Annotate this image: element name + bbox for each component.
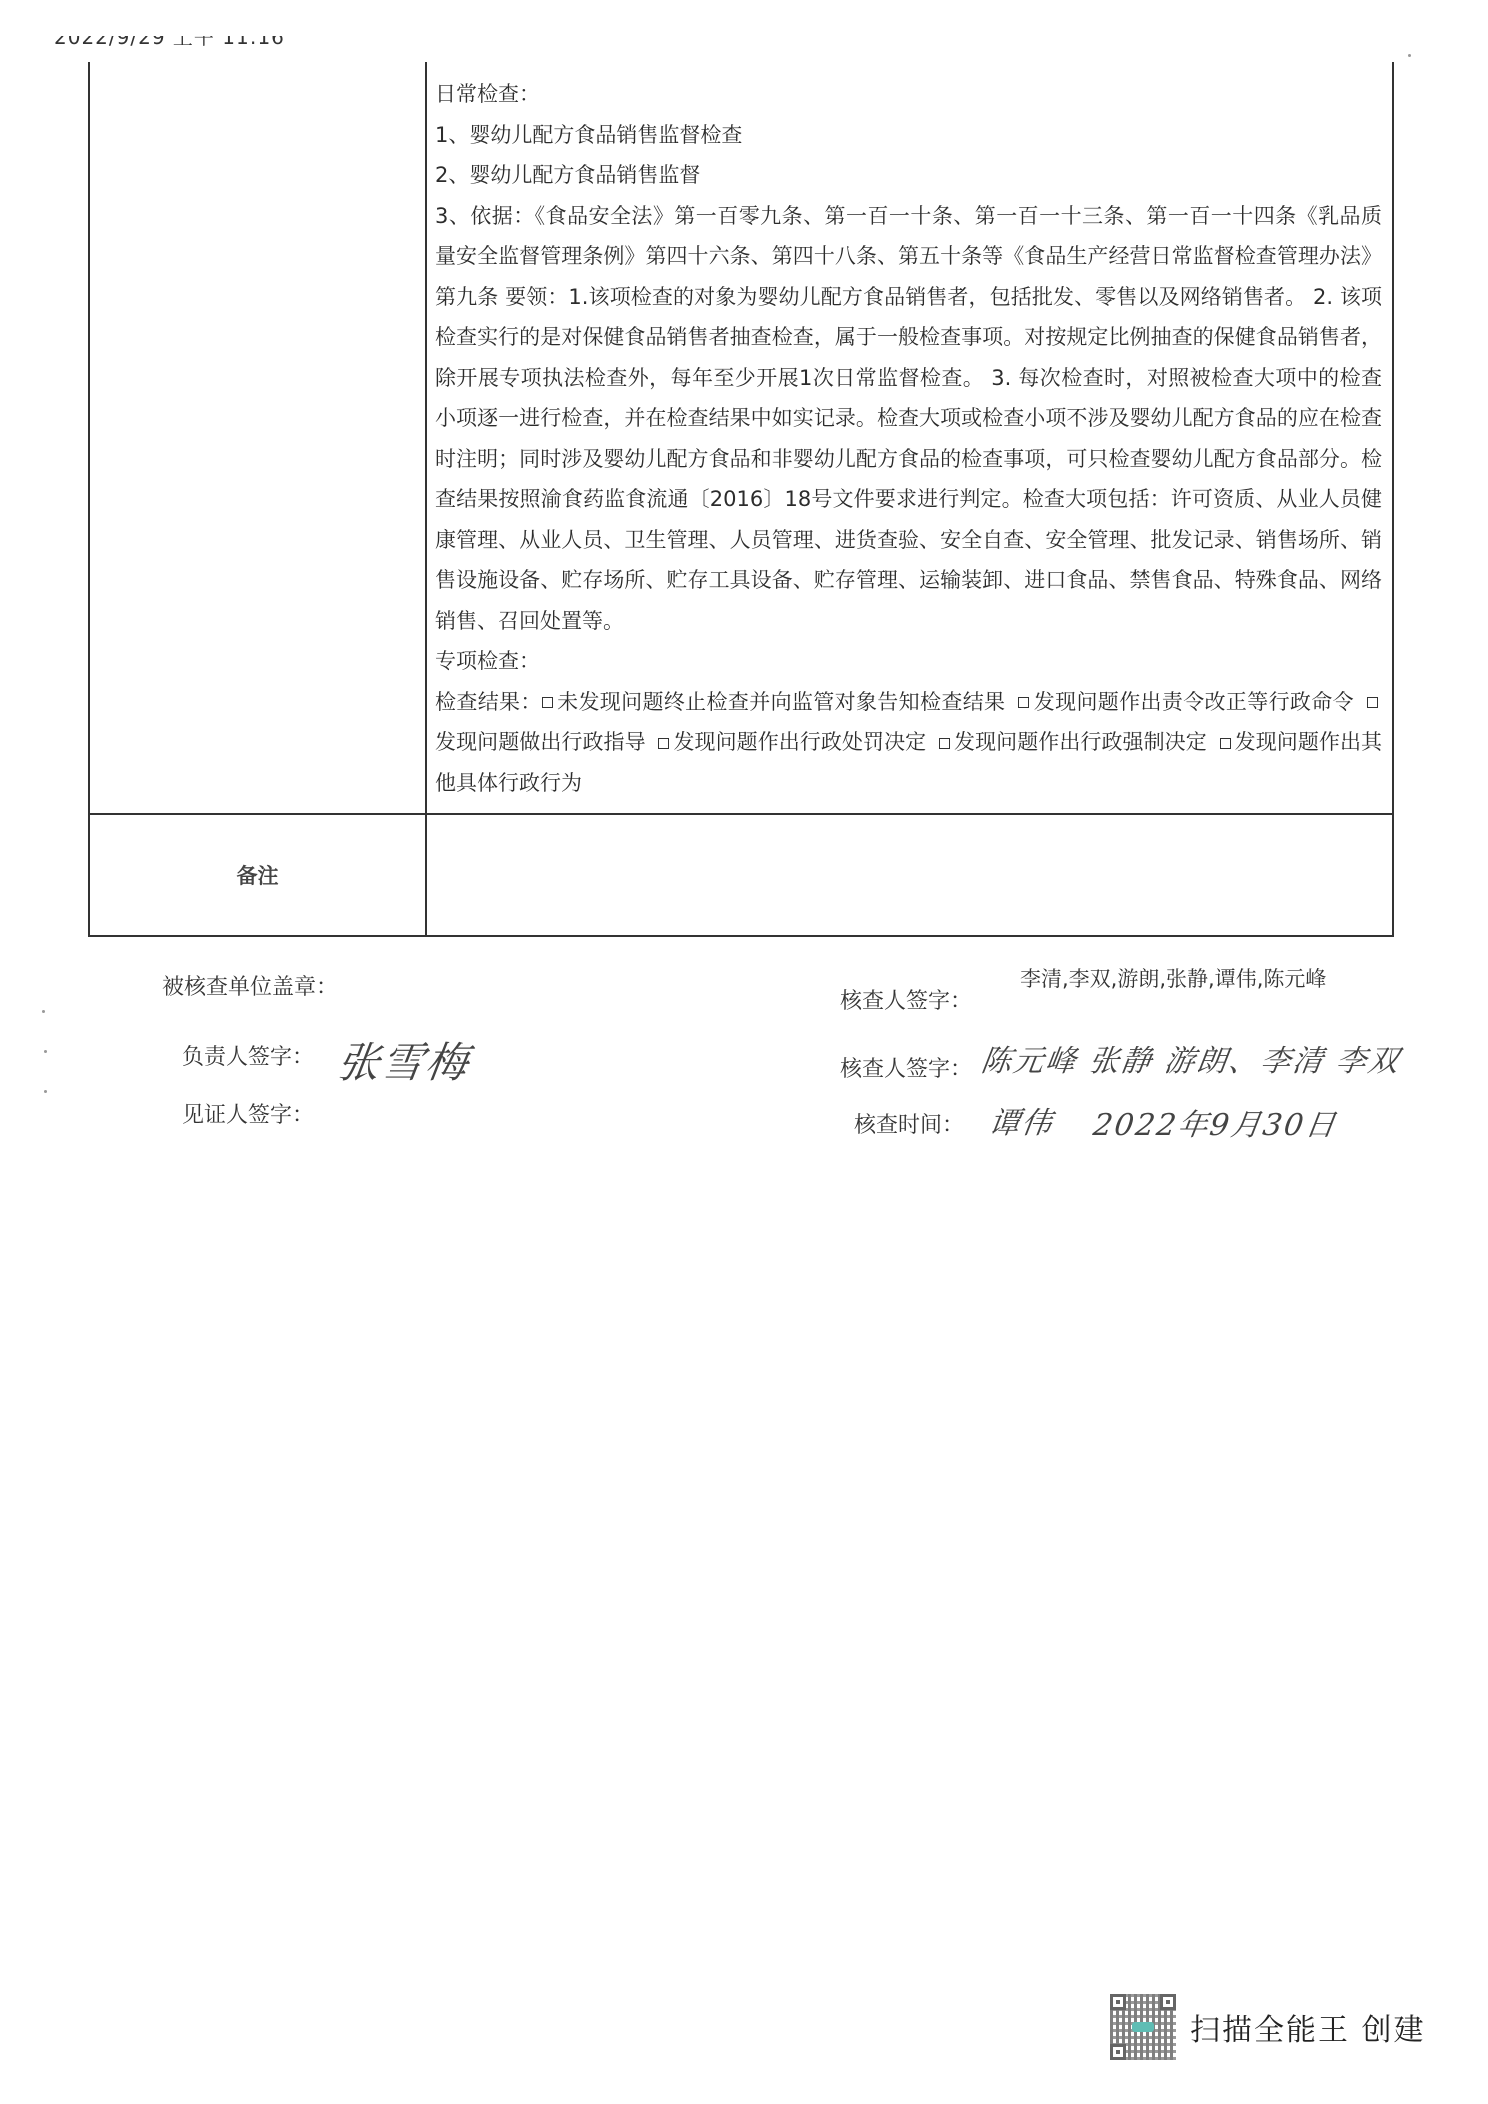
inspector-typed-names: 李清,李双,游朗,张静,谭伟,陈元峰 bbox=[1020, 962, 1340, 996]
qr-finder bbox=[1160, 1994, 1176, 2010]
inspection-content-row: 日常检查： 1、婴幼儿配方食品销售监督检查 2、婴幼儿配方食品销售监督 3、依据… bbox=[90, 62, 1392, 813]
result-checkbox-3[interactable] bbox=[1367, 697, 1378, 708]
result-option-2: 发现问题作出责令改正等行政命令 bbox=[1033, 690, 1354, 714]
special-check-title: 专项检查： bbox=[435, 641, 1382, 682]
basis-paragraph: 3、依据：《食品安全法》第一百零九条、第一百一十条、第一百一十三条、第一百一十四… bbox=[435, 196, 1382, 642]
witness-signature-label: 见证人签字： bbox=[182, 1098, 314, 1129]
inspection-table: 日常检查： 1、婴幼儿配方食品销售监督检查 2、婴幼儿配方食品销售监督 3、依据… bbox=[88, 62, 1394, 937]
inspection-content-cell: 日常检查： 1、婴幼儿配方食品销售监督检查 2、婴幼儿配方食品销售监督 3、依据… bbox=[427, 62, 1392, 813]
header-timestamp: 2022/9/29 上午 11:16 bbox=[54, 36, 285, 49]
row-label-cell bbox=[90, 62, 427, 813]
result-checkbox-2[interactable] bbox=[1018, 697, 1029, 708]
routine-check-title: 日常检查： bbox=[435, 74, 1382, 115]
result-option-3: 发现问题做出行政指导 bbox=[435, 730, 646, 754]
camscanner-watermark: 扫描全能王 创建 bbox=[1110, 1994, 1426, 2060]
inspector-handwritten-signatures: 陈元峰 张静 游朗、李清 李双 bbox=[979, 1036, 1404, 1080]
result-checkbox-5[interactable] bbox=[939, 738, 950, 749]
scan-speck bbox=[1408, 54, 1411, 57]
clipped-print-header: 2022/9/29 上午 11:16 bbox=[54, 36, 285, 50]
result-option-5: 发现问题作出行政强制决定 bbox=[954, 730, 1207, 754]
qr-code-icon bbox=[1110, 1994, 1176, 2060]
inspector-handwritten-signature-2: 谭伟 bbox=[987, 1098, 1057, 1142]
remark-value-cell[interactable] bbox=[427, 815, 1392, 935]
result-option-1: 未发现问题终止检查并向监管对象告知检查结果 bbox=[557, 690, 1006, 714]
inspector-signature-label-2: 核查人签字： bbox=[840, 1052, 972, 1083]
remark-label-cell: 备注 bbox=[90, 815, 427, 935]
scan-speck bbox=[42, 1010, 45, 1013]
scan-speck bbox=[44, 1090, 47, 1093]
responsible-signature: 张雪梅 bbox=[334, 1030, 474, 1090]
brand-text: 扫描全能王 创建 bbox=[1190, 2005, 1426, 2049]
remark-row: 备注 bbox=[90, 813, 1392, 935]
result-checkbox-1[interactable] bbox=[542, 697, 553, 708]
inspection-time-label: 核查时间： bbox=[854, 1108, 964, 1139]
qr-finder bbox=[1110, 2044, 1126, 2060]
responsible-signature-label: 负责人签字： bbox=[182, 1040, 314, 1071]
check-result-group: 检查结果：未发现问题终止检查并向监管对象告知检查结果 发现问题作出责令改正等行政… bbox=[435, 682, 1382, 804]
result-option-4: 发现问题作出行政处罚决定 bbox=[673, 730, 926, 754]
check-item-2: 2、婴幼儿配方食品销售监督 bbox=[435, 155, 1382, 196]
result-checkbox-6[interactable] bbox=[1220, 738, 1231, 749]
unit-seal-label: 被核查单位盖章： bbox=[162, 970, 338, 1001]
check-item-1: 1、婴幼儿配方食品销售监督检查 bbox=[435, 115, 1382, 156]
result-checkbox-4[interactable] bbox=[658, 738, 669, 749]
cs-logo-icon bbox=[1132, 2022, 1154, 2032]
scan-speck bbox=[44, 1050, 47, 1053]
inspection-date-handwritten: 2022年9月30日 bbox=[1091, 1100, 1341, 1144]
inspector-signature-label-1: 核查人签字： bbox=[840, 984, 972, 1015]
remark-label: 备注 bbox=[237, 860, 279, 890]
check-result-label: 检查结果： bbox=[435, 690, 542, 714]
qr-finder bbox=[1110, 1994, 1126, 2010]
